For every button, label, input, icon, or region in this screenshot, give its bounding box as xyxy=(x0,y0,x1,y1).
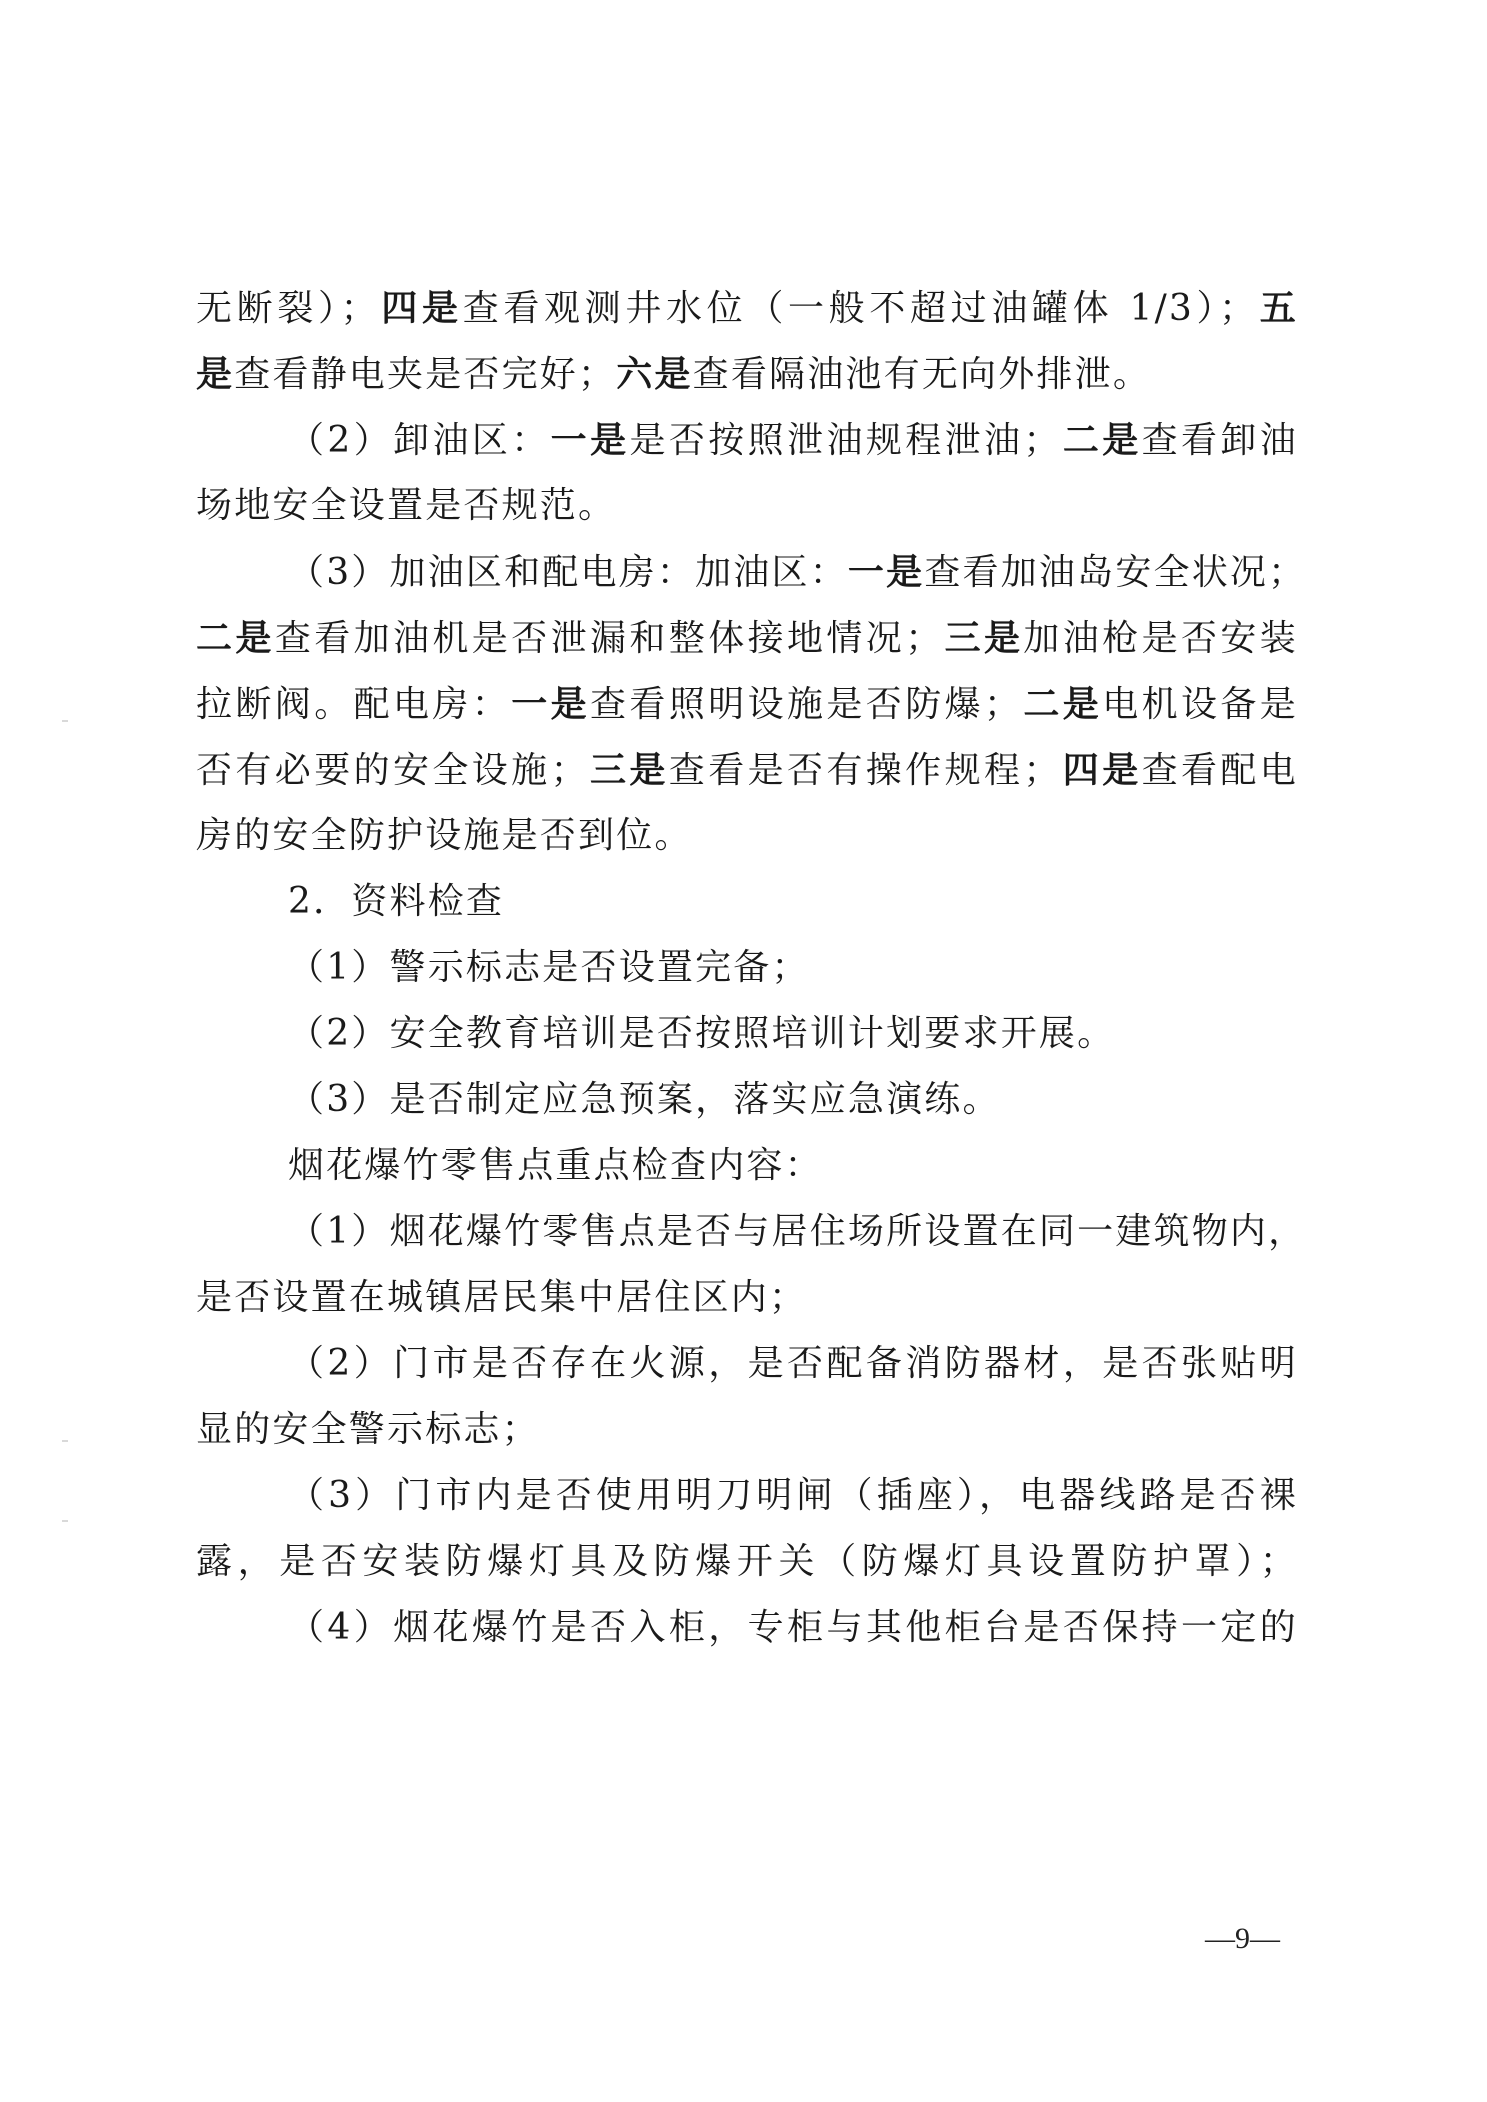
document-body: 无断裂）；四是查看观测井水位（一般不超过油罐体 1/3）；五 是查看静电夹是否完… xyxy=(196,275,1298,1661)
text: 房的安全防护设施是否到位。 xyxy=(196,815,693,856)
paragraph-line: 是否设置在城镇居民集中居住区内； xyxy=(196,1265,1298,1331)
paragraph-line: （3）加油区和配电房：加油区：一是查看加油岛安全状况； xyxy=(196,539,1298,605)
emphasis-text: 是 xyxy=(196,353,234,395)
text: 加油枪是否安装 xyxy=(1023,618,1298,659)
text: 查看隔油池有无向外排泄。 xyxy=(693,354,1151,395)
emphasis-text: 三是 xyxy=(943,617,1023,659)
list-item: （4）烟花爆竹是否入柜，专柜与其他柜台是否保持一定的 xyxy=(196,1595,1298,1661)
list-item: （3）门市内是否使用明刀明闸（插座），电器线路是否裸 xyxy=(196,1463,1298,1529)
text: 查看观测井水位（一般不超过油罐体 1/3）； xyxy=(463,288,1258,329)
paragraph-line: 房的安全防护设施是否到位。 xyxy=(196,803,1298,869)
emphasis-text: 四是 xyxy=(379,287,463,329)
emphasis-text: 四是 xyxy=(1062,749,1142,791)
text: 电机设备是 xyxy=(1102,684,1298,725)
text: 显的安全警示标志； xyxy=(196,1409,540,1450)
list-item: （1）烟花爆竹零售点是否与居住场所设置在同一建筑物内， xyxy=(196,1199,1298,1265)
text: （4）烟花爆竹是否入柜，专柜与其他柜台是否保持一定的 xyxy=(288,1607,1298,1648)
list-item: （2）安全教育培训是否按照培训计划要求开展。 xyxy=(196,1001,1298,1067)
text: 是否设置在城镇居民集中居住区内； xyxy=(196,1277,807,1318)
paragraph-line: 无断裂）；四是查看观测井水位（一般不超过油罐体 1/3）；五 xyxy=(196,275,1298,341)
emphasis-text: 六是 xyxy=(616,353,692,395)
list-item: （1）警示标志是否设置完备； xyxy=(196,935,1298,1001)
paragraph-line: 二是查看加油机是否泄漏和整体接地情况；三是加油枪是否安装 xyxy=(196,605,1298,671)
text: （1）警示标志是否设置完备； xyxy=(288,947,810,988)
text: （2）安全教育培训是否按照培训计划要求开展。 xyxy=(288,1013,1115,1054)
text: 场地安全设置是否规范。 xyxy=(196,485,616,526)
text: 露，是否安装防爆灯具及防爆开关（防爆灯具设置防护罩）； xyxy=(196,1541,1298,1582)
list-item: （2）门市是否存在火源，是否配备消防器材，是否张贴明 xyxy=(196,1331,1298,1397)
emphasis-text: 一是 xyxy=(848,551,924,593)
paragraph-line: 显的安全警示标志； xyxy=(196,1397,1298,1463)
text: 是否按照泄油规程泄油； xyxy=(629,420,1061,461)
text: （1）烟花爆竹零售点是否与居住场所设置在同一建筑物内， xyxy=(288,1211,1306,1252)
section-heading: 烟花爆竹零售点重点检查内容： xyxy=(196,1133,1298,1199)
text: 查看静电夹是否完好； xyxy=(234,354,616,395)
text: 查看是否有操作规程； xyxy=(669,750,1062,791)
list-item: （3）是否制定应急预案，落实应急演练。 xyxy=(196,1067,1298,1133)
paragraph-line: 否有必要的安全设施；三是查看是否有操作规程；四是查看配电 xyxy=(196,737,1298,803)
text: 查看卸油 xyxy=(1142,420,1298,461)
text: 无断裂）； xyxy=(196,288,379,329)
text: 查看配电 xyxy=(1142,750,1298,791)
text: （3）是否制定应急预案，落实应急演练。 xyxy=(288,1079,1001,1120)
section-heading: 2．资料检查 xyxy=(196,869,1298,935)
text: 查看加油机是否泄漏和整体接地情况； xyxy=(275,618,944,659)
text: 查看照明设施是否防爆； xyxy=(590,684,1022,725)
text: 拉断阀。配电房： xyxy=(196,684,511,725)
paragraph-line: 拉断阀。配电房：一是查看照明设施是否防爆；二是电机设备是 xyxy=(196,671,1298,737)
text: （2）卸油区： xyxy=(288,420,551,461)
heading-text: 烟花爆竹零售点重点检查内容： xyxy=(288,1145,823,1186)
text: （2）门市是否存在火源，是否配备消防器材，是否张贴明 xyxy=(288,1343,1298,1384)
emphasis-text: 一是 xyxy=(511,683,590,725)
paragraph-line: （2）卸油区：一是是否按照泄油规程泄油；二是查看卸油 xyxy=(196,407,1298,473)
paragraph-line: 是查看静电夹是否完好；六是查看隔油池有无向外排泄。 xyxy=(196,341,1298,407)
emphasis-text: 二是 xyxy=(1022,683,1102,725)
emphasis-text: 五 xyxy=(1257,287,1298,329)
text: （3）加油区和配电房：加油区： xyxy=(288,552,848,593)
emphasis-text: 二是 xyxy=(196,617,275,659)
emphasis-text: 二是 xyxy=(1062,419,1142,461)
paragraph-line: 露，是否安装防爆灯具及防爆开关（防爆灯具设置防护罩）； xyxy=(196,1529,1298,1595)
scan-artifact xyxy=(62,1440,68,1442)
scan-artifact xyxy=(62,1520,68,1522)
emphasis-text: 三是 xyxy=(589,749,669,791)
paragraph-line: 场地安全设置是否规范。 xyxy=(196,473,1298,539)
heading-text: 2．资料检查 xyxy=(288,881,504,922)
text: （3）门市内是否使用明刀明闸（插座），电器线路是否裸 xyxy=(288,1475,1298,1516)
text: 否有必要的安全设施； xyxy=(196,750,589,791)
emphasis-text: 一是 xyxy=(551,419,630,461)
scan-artifact xyxy=(62,720,68,722)
page-number: —9— xyxy=(1205,1922,1280,1956)
text: 查看加油岛安全状况； xyxy=(924,552,1306,593)
